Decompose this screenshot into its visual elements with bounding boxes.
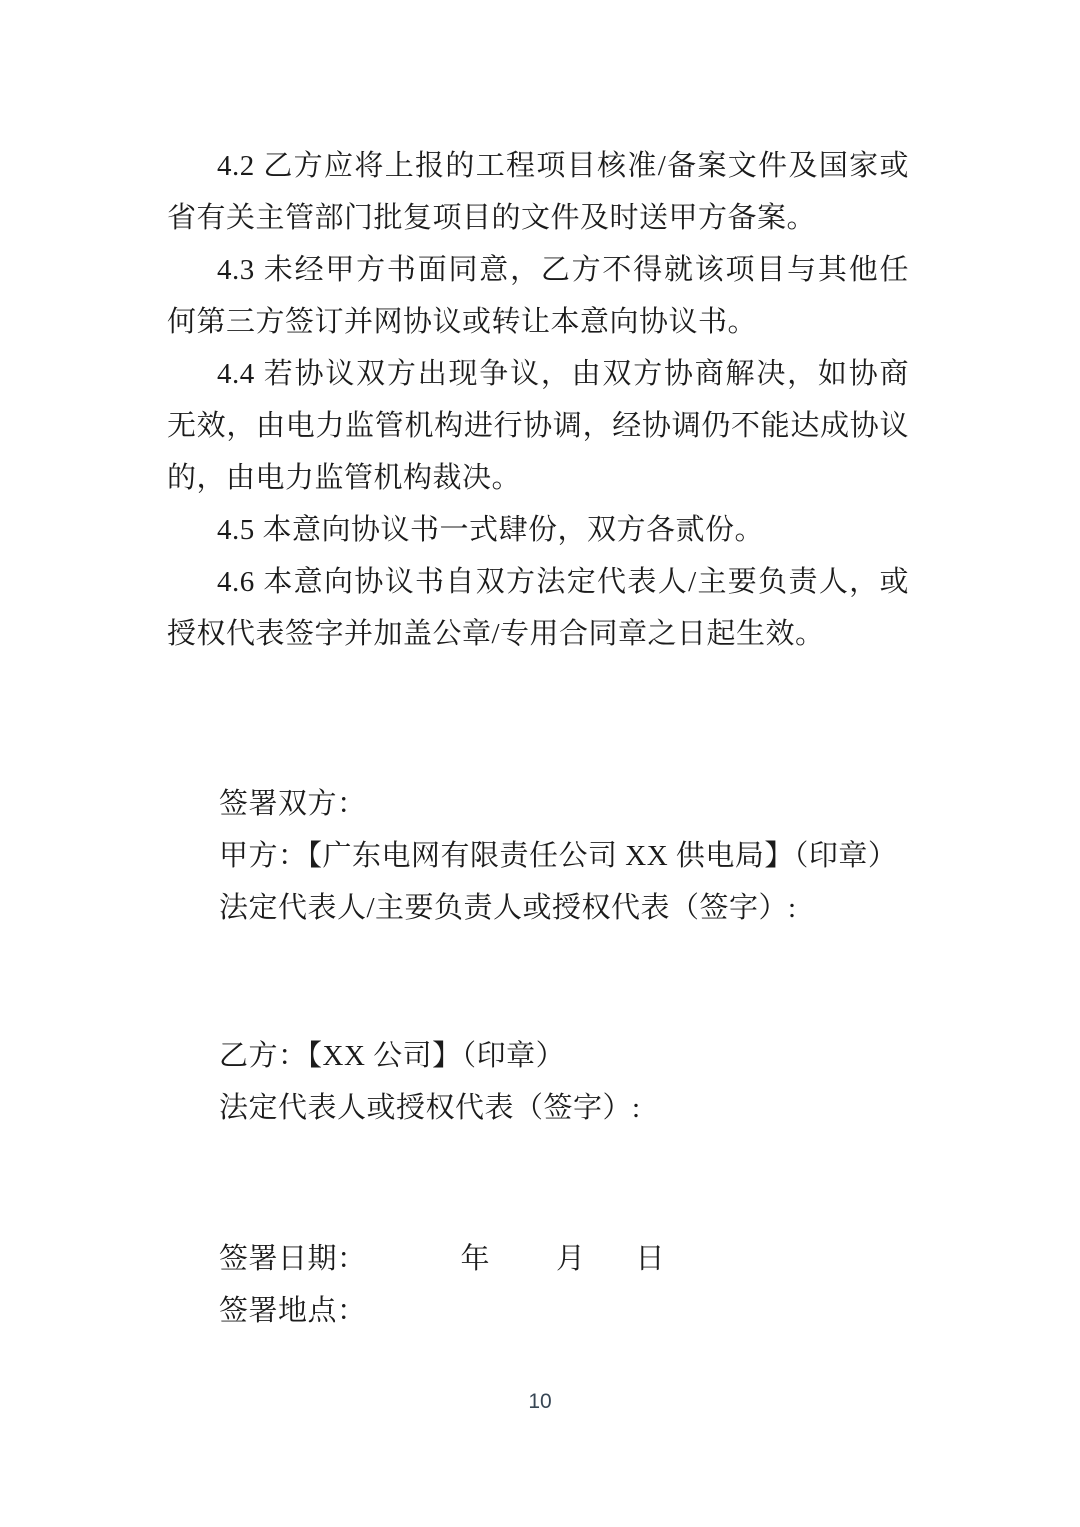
party-b-line: 乙方：【XX 公司】（印章） (167, 1030, 909, 1082)
month-label: 月 (556, 1243, 586, 1275)
signing-location-line: 签署地点： (167, 1285, 909, 1337)
party-a-representative-line: 法定代表人/主要负责人或授权代表（签字）: (167, 882, 909, 934)
clause-4-5: 4.5 本意向协议书一式肆份，双方各贰份。 (167, 504, 909, 556)
signature-parties-section: 签署双方： 甲方：【广东电网有限责任公司 XX 供电局】（印章） 法定代表人/主… (167, 778, 909, 934)
year-label: 年 (461, 1243, 491, 1275)
clause-4-6: 4.6 本意向协议书自双方法定代表人/主要负责人，或授权代表签字并加盖公章/专用… (167, 556, 909, 660)
party-b-representative-line: 法定代表人或授权代表（签字）: (167, 1082, 909, 1134)
signing-date-label: 签署日期： (219, 1243, 367, 1275)
clause-4-3: 4.3 未经甲方书面同意，乙方不得就该项目与其他任何第三方签订并网协议或转让本意… (167, 244, 909, 348)
signing-date-section: 签署日期：年月日 签署地点： (167, 1233, 909, 1337)
spacer (167, 934, 909, 1030)
clause-4-4: 4.4 若协议双方出现争议，由双方协商解决，如协商无效，由电力监管机构进行协调，… (167, 348, 909, 504)
party-b-section: 乙方：【XX 公司】（印章） 法定代表人或授权代表（签字）: (167, 1030, 909, 1134)
clauses-section: 4.2 乙方应将上报的工程项目核准/备案文件及国家或省有关主管部门批复项目的文件… (167, 140, 909, 660)
signing-date-line: 签署日期：年月日 (167, 1233, 909, 1285)
document-content: 4.2 乙方应将上报的工程项目核准/备案文件及国家或省有关主管部门批复项目的文件… (0, 0, 1080, 1337)
day-label: 日 (636, 1243, 666, 1275)
spacer (167, 660, 909, 778)
document-page: 4.2 乙方应将上报的工程项目核准/备案文件及国家或省有关主管部门批复项目的文件… (0, 0, 1080, 1527)
clause-4-2: 4.2 乙方应将上报的工程项目核准/备案文件及国家或省有关主管部门批复项目的文件… (167, 140, 909, 244)
signing-parties-heading: 签署双方： (167, 778, 909, 830)
party-a-line: 甲方：【广东电网有限责任公司 XX 供电局】（印章） (167, 830, 909, 882)
spacer (167, 1134, 909, 1233)
page-number: 10 (0, 1390, 1080, 1414)
